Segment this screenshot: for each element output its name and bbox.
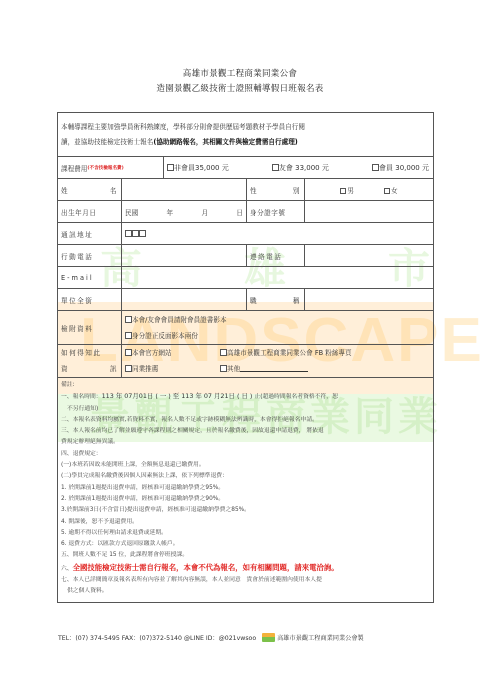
refund-rule: 5. 逾期不得以任何理由請求退費或延期。: [61, 528, 430, 539]
email-field[interactable]: [121, 267, 433, 288]
company-row: 單位全銜 職稱: [58, 288, 433, 310]
gender-options: 男 女: [304, 179, 433, 200]
checkbox-icon[interactable]: [125, 332, 132, 339]
source-other-input[interactable]: [240, 364, 308, 372]
note-6: 六、全國技能檢定技術士需自行報名，本會不代為報名，如有相關問題，請來電洽詢。: [61, 562, 430, 575]
mobile-field[interactable]: [121, 245, 246, 266]
footer: TEL：(07) 374-5495 FAX：(07)372-5140 @LINE…: [58, 633, 458, 642]
birth-row: 出生年月日 民國年月日 身分證字號: [58, 200, 433, 222]
fee-option-nonmember[interactable]: 非會員35,000 元: [167, 163, 229, 173]
source-website[interactable]: 本會官方網站: [125, 345, 220, 361]
registration-form: 本輔導課程主要加強學員術科熟練度，學科部分則會提供歷屆考題教材予學員自行閱 讀，…: [57, 112, 434, 603]
company-label: 單位全銜: [58, 289, 121, 310]
source-label: 如何得知此 資訊: [58, 345, 121, 377]
name-row: 姓名 性別 男 女: [58, 178, 433, 200]
attachments-options: 本會/友會會員請附會員證書影本 身分證正反面影本兩份: [121, 311, 433, 344]
contact-info: TEL：(07) 374-5495 FAX：(07)372-5140 @LINE…: [58, 633, 256, 642]
intro-row: 本輔導課程主要加強學員術科熟練度，學科部分則會提供歷屆考題教材予學員自行閱 讀，…: [58, 113, 433, 156]
name-field[interactable]: [121, 179, 246, 200]
company-field[interactable]: [121, 289, 246, 310]
attachments-label: 檢附資料: [58, 311, 121, 344]
contact-phone-label: 連絡電話: [246, 245, 304, 266]
fee-label: 課程費用(不含技檢報名費): [58, 157, 163, 178]
form-title: 造園景觀乙級技術士證照輔導假日班報名表: [0, 82, 480, 94]
email-label: E-mail: [58, 267, 121, 288]
address-row: 通訊地址: [58, 222, 433, 244]
checkbox-icon[interactable]: [125, 365, 132, 372]
source-options: 本會官方網站 高雄市景觀工程商業同業公會 FB 粉絲專頁 同業推薦 其他: [121, 345, 433, 377]
maker-text: 高雄市景觀工程商業同業公會製: [277, 633, 364, 642]
address-label: 通訊地址: [58, 223, 121, 244]
org-title: 高雄市景觀工程商業同業公會: [0, 67, 480, 79]
notes: 備註: 一、報名時間：113 年 07月01日 ( 一 ) 至 113 年 07…: [58, 378, 433, 602]
attachment-id-copy[interactable]: 身分證正反面影本兩份: [125, 328, 198, 344]
note-4: 四、退費規定：: [61, 449, 430, 460]
notes-row: 備註: 一、報名時間：113 年 07月01日 ( 一 ) 至 113 年 07…: [58, 377, 433, 602]
checkbox-icon[interactable]: [125, 349, 132, 356]
attachment-member-cert[interactable]: 本會/友會會員請附會員證書影本: [125, 312, 227, 328]
refund-rule: 2. 於開課前1週提出退費申請，經核准可退還繳納學費之90%。: [61, 494, 430, 505]
birth-label: 出生年月日: [58, 201, 121, 222]
fee-options: 非會員35,000 元 友會 33,000 元 會員 30,000 元: [163, 157, 433, 178]
refund-rule: 1. 於開課前1週提出退費申請，經核准可退還繳納學費之95%。: [61, 483, 430, 494]
source-referral[interactable]: 同業推薦: [125, 361, 220, 377]
id-label: 身分證字號: [246, 201, 304, 222]
mobile-label: 行動電話: [58, 245, 121, 266]
phone-row: 行動電話 連絡電話: [58, 244, 433, 266]
gender-label: 性別: [246, 179, 304, 200]
checkbox-icon[interactable]: [220, 349, 227, 356]
fee-option-friend-member[interactable]: 友會 33,000 元: [272, 163, 329, 173]
source-row: 如何得知此 資訊 本會官方網站 高雄市景觀工程商業同業公會 FB 粉絲專頁 同業…: [58, 344, 433, 377]
gender-female[interactable]: 女: [384, 185, 398, 195]
refund-rule: 3.於開課前3日(不含當日)提出退費申請，經核准可退還繳納學費之85%。: [61, 505, 430, 516]
email-row: E-mail: [58, 266, 433, 288]
id-field[interactable]: [304, 201, 433, 222]
association-logo-icon: [262, 633, 275, 642]
source-facebook[interactable]: 高雄市景觀工程商業同業公會 FB 粉絲專頁: [220, 345, 352, 361]
postal-code-box[interactable]: [132, 230, 139, 237]
fee-row: 課程費用(不含技檢報名費) 非會員35,000 元 友會 33,000 元 會員…: [58, 156, 433, 178]
refund-rule: 6. 退費方式：以匯款方式退回原繳款人帳戶。: [61, 539, 430, 550]
note-2: 二、本報名表資料均屬實,若資料不實，報名人數不足或字跡模糊無法辨識時，本會得拒絕…: [61, 415, 430, 426]
checkbox-icon[interactable]: [125, 316, 132, 323]
birth-field[interactable]: 民國年月日: [121, 201, 246, 222]
note-7: 七、本人已詳閱簡章及報名表所有內容並了解其內容無誤，本人並同意 貴會於前述範圍內…: [61, 575, 430, 586]
fee-note: (不含技檢報名費): [87, 165, 123, 171]
attachments-row: 檢附資料 本會/友會會員請附會員證書影本 身分證正反面影本兩份: [58, 310, 433, 344]
contact-phone-field[interactable]: [304, 245, 433, 266]
note-5: 五、開班人數不足 15 位，此課程將會停班授課。: [61, 550, 430, 561]
checkbox-icon[interactable]: [272, 164, 279, 171]
refund-rule: 4. 開課後，恕不予退還費用。: [61, 517, 430, 528]
checkbox-icon[interactable]: [384, 188, 390, 194]
gender-male[interactable]: 男: [340, 185, 354, 195]
source-other[interactable]: 其他: [220, 361, 308, 377]
name-label: 姓名: [58, 179, 121, 200]
checkbox-icon[interactable]: [372, 164, 379, 171]
checkbox-icon[interactable]: [340, 188, 346, 194]
checkbox-icon[interactable]: [167, 164, 174, 171]
job-title-field[interactable]: [304, 289, 433, 310]
intro-text: 本輔導課程主要加強學員術科熟練度，學科部分則會提供歷屆考題教材予學員自行閱 讀，…: [58, 113, 433, 156]
address-field[interactable]: [121, 223, 433, 244]
postal-code-box[interactable]: [139, 230, 146, 237]
checkbox-icon[interactable]: [220, 365, 227, 372]
postal-code-box[interactable]: [125, 230, 132, 237]
note-1: 一、報名時間：113 年 07月01日 ( 一 ) 至 113 年 07 月21…: [61, 391, 430, 403]
fee-option-member[interactable]: 會員 30,000 元: [372, 163, 429, 173]
note-3: 三、本人報名前均已了解並願遵守各課程則之相關規定，且於報名繳費後，因故退還申請退…: [61, 426, 430, 437]
job-title-label: 職稱: [246, 289, 304, 310]
